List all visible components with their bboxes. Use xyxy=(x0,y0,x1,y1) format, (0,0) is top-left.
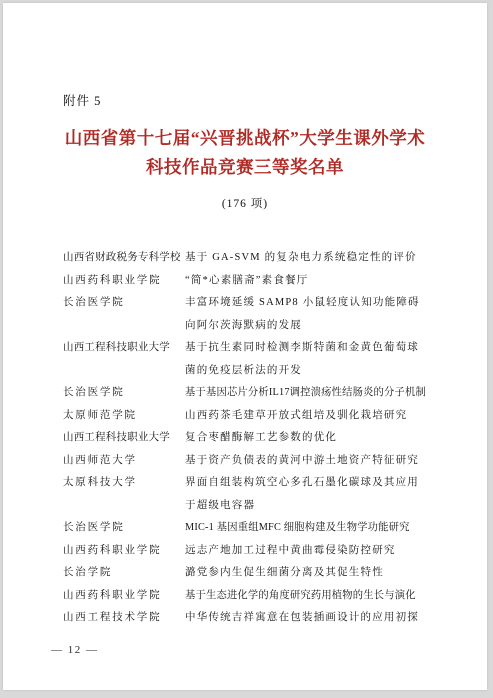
project-line: 复合枣醋酶解工艺参数的优化 xyxy=(185,427,453,450)
institution-cell: 山西药科职业学院 xyxy=(63,270,185,293)
page-number: — 12 — xyxy=(51,644,99,656)
award-row: 山西药科职业学院 基于生态进化学的角度研究药用植物的生长与演化 xyxy=(63,585,453,608)
institution-cell: 山西工程科技职业大学 xyxy=(63,337,185,360)
project-line: 菌的免疫层析法的开发 xyxy=(185,360,453,383)
project-cell: 丰富环境延缓 SAMP8 小鼠轻度认知功能障碍向阿尔茨海默病的发展 xyxy=(185,292,453,337)
institution-cell: 太原师范学院 xyxy=(63,405,185,428)
award-row: 长治医学院 基于基因芯片分析IL17调控溃疡性结肠炎的分子机制 xyxy=(63,382,453,405)
award-row: 长治学院 潞党参内生促生细菌分离及其促生特性 xyxy=(63,562,453,585)
institution-cell: 山西省财政税务专科学校 xyxy=(63,247,185,270)
project-cell: 界面自组装构筑空心多孔石墨化碳球及其应用于超级电容器 xyxy=(185,472,453,517)
award-row: 山西药科职业学院 远志产地加工过程中黄曲霉侵染防控研究 xyxy=(63,540,453,563)
award-row: 长治医学院 丰富环境延缓 SAMP8 小鼠轻度认知功能障碍向阿尔茨海默病的发展 xyxy=(63,292,453,337)
project-line: 向阿尔茨海默病的发展 xyxy=(185,315,453,338)
award-row: 山西工程科技职业大学 基于抗生素同时检测李斯特菌和金黄色葡萄球菌的免疫层析法的开… xyxy=(63,337,453,382)
project-line: 丰富环境延缓 SAMP8 小鼠轻度认知功能障碍 xyxy=(185,292,453,315)
project-cell: 山西药茶毛建草开放式组培及驯化栽培研究 xyxy=(185,405,453,428)
award-row: 山西工程技术学院 中华传统吉祥寓意在包装插画设计的应用初探 xyxy=(63,607,453,630)
document-title: 山西省第十七届“兴晋挑战杯”大学生课外学术 科技作品竞赛三等奖名单 xyxy=(3,124,487,181)
institution-cell: 山西药科职业学院 xyxy=(63,540,185,563)
project-line: 基于基因芯片分析IL17调控溃疡性结肠炎的分子机制 xyxy=(185,382,448,405)
award-count: (176 项) xyxy=(3,195,487,211)
title-line-1: 山西省第十七届“兴晋挑战杯”大学生课外学术 xyxy=(3,124,487,153)
award-row: 山西药科职业学院 “简*心素膳斋”素食餐厅 xyxy=(63,270,453,293)
institution-cell: 长治医学院 xyxy=(63,517,185,540)
award-list: 山西省财政税务专科学校 基于 GA-SVM 的复杂电力系统稳定性的评价 山西药科… xyxy=(63,247,453,630)
attachment-label: 附件 5 xyxy=(63,91,101,109)
institution-cell: 山西师范大学 xyxy=(63,450,185,473)
institution-cell: 山西工程技术学院 xyxy=(63,607,185,630)
institution-cell: 山西药科职业学院 xyxy=(63,585,185,608)
project-line: 山西药茶毛建草开放式组培及驯化栽培研究 xyxy=(185,405,453,428)
project-line: 基于生态进化学的角度研究药用植物的生长与演化 xyxy=(185,585,448,608)
project-line: 于超级电容器 xyxy=(185,495,453,518)
project-cell: MIC-1 基因重组MFC 细胞构建及生物学功能研究 xyxy=(185,517,453,540)
award-row: 山西师范大学 基于资产负债表的黄河中游土地资产特征研究 xyxy=(63,450,453,473)
project-cell: “简*心素膳斋”素食餐厅 xyxy=(185,270,453,293)
project-line: 基于 GA-SVM 的复杂电力系统稳定性的评价 xyxy=(185,247,453,270)
award-row: 山西省财政税务专科学校 基于 GA-SVM 的复杂电力系统稳定性的评价 xyxy=(63,247,453,270)
project-line: “简*心素膳斋”素食餐厅 xyxy=(185,270,453,293)
project-line: MIC-1 基因重组MFC 细胞构建及生物学功能研究 xyxy=(185,517,448,540)
project-cell: 复合枣醋酶解工艺参数的优化 xyxy=(185,427,453,450)
document-page: 附件 5 山西省第十七届“兴晋挑战杯”大学生课外学术 科技作品竞赛三等奖名单 (… xyxy=(3,3,487,690)
project-line: 潞党参内生促生细菌分离及其促生特性 xyxy=(185,562,453,585)
project-cell: 基于抗生素同时检测李斯特菌和金黄色葡萄球菌的免疫层析法的开发 xyxy=(185,337,453,382)
project-line: 基于抗生素同时检测李斯特菌和金黄色葡萄球 xyxy=(185,337,453,360)
award-row: 太原师范学院 山西药茶毛建草开放式组培及驯化栽培研究 xyxy=(63,405,453,428)
project-line: 中华传统吉祥寓意在包装插画设计的应用初探 xyxy=(185,607,453,630)
institution-cell: 长治医学院 xyxy=(63,292,185,315)
institution-cell: 长治学院 xyxy=(63,562,185,585)
award-row: 山西工程科技职业大学 复合枣醋酶解工艺参数的优化 xyxy=(63,427,453,450)
project-cell: 基于基因芯片分析IL17调控溃疡性结肠炎的分子机制 xyxy=(185,382,453,405)
project-cell: 中华传统吉祥寓意在包装插画设计的应用初探 xyxy=(185,607,453,630)
project-cell: 潞党参内生促生细菌分离及其促生特性 xyxy=(185,562,453,585)
project-cell: 基于资产负债表的黄河中游土地资产特征研究 xyxy=(185,450,453,473)
project-cell: 基于生态进化学的角度研究药用植物的生长与演化 xyxy=(185,585,453,608)
project-line: 远志产地加工过程中黄曲霉侵染防控研究 xyxy=(185,540,453,563)
institution-cell: 长治医学院 xyxy=(63,382,185,405)
project-line: 基于资产负债表的黄河中游土地资产特征研究 xyxy=(185,450,453,473)
project-cell: 基于 GA-SVM 的复杂电力系统稳定性的评价 xyxy=(185,247,453,270)
institution-cell: 山西工程科技职业大学 xyxy=(63,427,185,450)
project-line: 界面自组装构筑空心多孔石墨化碳球及其应用 xyxy=(185,472,453,495)
project-cell: 远志产地加工过程中黄曲霉侵染防控研究 xyxy=(185,540,453,563)
award-row: 太原科技大学 界面自组装构筑空心多孔石墨化碳球及其应用于超级电容器 xyxy=(63,472,453,517)
award-row: 长治医学院 MIC-1 基因重组MFC 细胞构建及生物学功能研究 xyxy=(63,517,453,540)
institution-cell: 太原科技大学 xyxy=(63,472,185,495)
title-line-2: 科技作品竞赛三等奖名单 xyxy=(3,153,487,182)
